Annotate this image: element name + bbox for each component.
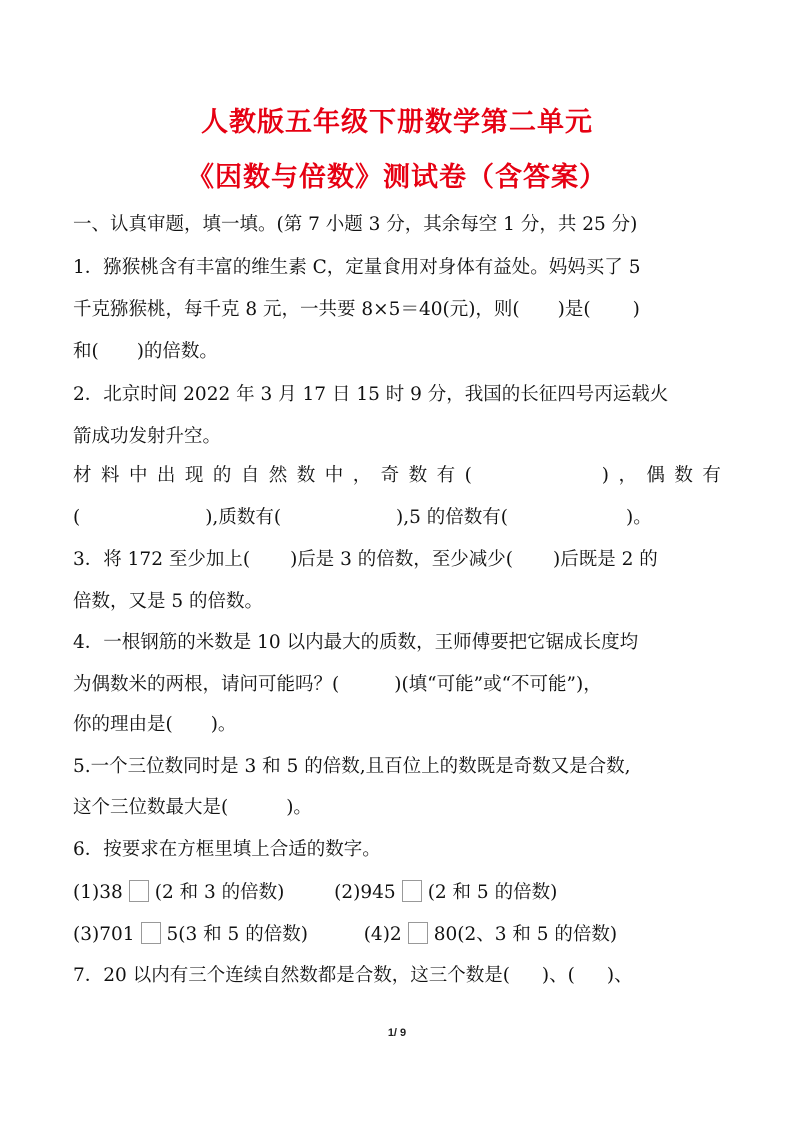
q3-text: )后既是 2 的	[553, 549, 658, 570]
question-4-line-3: 你的理由是()。	[73, 713, 236, 737]
question-5-line-2: 这个三位数最大是()。	[73, 796, 312, 820]
char: 有	[437, 464, 456, 488]
title-line-2: 《因数与倍数》测试卷（含答案）	[0, 155, 794, 194]
digit-box[interactable]	[141, 922, 161, 944]
char: 中	[129, 464, 148, 488]
question-6-row-2: (3)7015(3 和 5 的倍数) (4)280(2、3 和 5 的倍数)	[73, 922, 617, 947]
q4-text: 为偶数米的两根，请问可能吗？(	[73, 674, 339, 695]
question-1-line-1: 1．猕猴桃含有丰富的维生素 C，定量食用对身体有益处。妈妈买了 5	[73, 256, 640, 280]
digit-box[interactable]	[408, 922, 428, 944]
q6-item-suffix: 80(2、3 和 5 的倍数)	[434, 924, 617, 945]
q6-item-prefix: (2)945	[334, 882, 396, 903]
char: 材	[73, 464, 92, 488]
q5-text: )。	[286, 797, 312, 818]
q4-text: )。	[211, 714, 237, 735]
question-3-line-2: 倍数，又是 5 的倍数。	[73, 590, 263, 614]
q7-text: 7．20 以内有三个连续自然数都是合数，这三个数是(	[73, 965, 510, 986]
char: ，	[353, 464, 372, 488]
char: 有	[702, 464, 721, 488]
char: 的	[213, 464, 232, 488]
char: 自	[241, 464, 260, 488]
q3-text: 3．将 172 至少加上(	[73, 549, 250, 570]
question-2-line-4: (),质数有(),5 的倍数有()。	[73, 506, 652, 530]
q1-text-e: )的倍数。	[137, 341, 218, 362]
question-5-line-1: 5.一个三位数同时是 3 和 5 的倍数,且百位上的数既是奇数又是合数,	[73, 755, 630, 779]
q2-text: ),5 的倍数有(	[396, 507, 508, 528]
section-heading: 一、认真审题，填一填。(第 7 小题 3 分，其余每空 1 分，共 25 分)	[73, 213, 637, 237]
question-2-line-1: 2．北京时间 2022 年 3 月 17 日 15 时 9 分，我国的长征四号丙…	[73, 383, 668, 407]
q1-text-c: )	[633, 299, 640, 320]
q1-text-a: 千克猕猴桃，每千克 8 元，一共要 8×5＝40(元)，则(	[73, 299, 520, 320]
digit-box[interactable]	[402, 880, 422, 902]
question-6-line-1: 6．按要求在方框里填上合适的数字。	[73, 838, 381, 862]
q6-item-prefix: (1)38	[73, 882, 123, 903]
char: 数	[674, 464, 693, 488]
question-7-line-1: 7．20 以内有三个连续自然数都是合数，这三个数是()、()、	[73, 964, 633, 988]
q3-text: )后是 3 的倍数，至少减少(	[290, 549, 513, 570]
digit-box[interactable]	[129, 880, 149, 902]
q6-item-suffix: (2 和 3 的倍数)	[155, 882, 285, 903]
question-2-line-2: 箭成功发射升空。	[73, 425, 221, 449]
char: 奇	[381, 464, 400, 488]
question-6-row-1: (1)38(2 和 3 的倍数) (2)945(2 和 5 的倍数)	[73, 880, 557, 905]
q2-text: ),质数有(	[205, 507, 281, 528]
question-1-line-3: 和()的倍数。	[73, 340, 218, 364]
q2-text: )。	[626, 507, 652, 528]
char: (	[465, 464, 472, 488]
q1-text-d: 和(	[73, 341, 99, 362]
title-line-1: 人教版五年级下册数学第二单元	[0, 100, 794, 139]
char: 现	[185, 464, 204, 488]
answer-blank[interactable]	[472, 464, 602, 488]
q6-item-suffix: 5(3 和 5 的倍数)	[167, 924, 308, 945]
question-4-line-2: 为偶数米的两根，请问可能吗？()(填“可能”或“不可能”)，	[73, 673, 602, 697]
q4-text: )(填“可能”或“不可能”)，	[394, 674, 601, 695]
q1-text-b: )是(	[558, 299, 591, 320]
page-number: 1/ 9	[0, 1027, 794, 1039]
q6-item-prefix: (4)2	[364, 924, 402, 945]
q2-text: (	[73, 507, 80, 528]
q6-item-prefix: (3)701	[73, 924, 135, 945]
q6-item-suffix: (2 和 5 的倍数)	[428, 882, 558, 903]
char: 然	[269, 464, 288, 488]
char: 中	[325, 464, 344, 488]
char: 数	[409, 464, 428, 488]
char: )	[602, 464, 609, 488]
char: 出	[157, 464, 176, 488]
question-3-line-1: 3．将 172 至少加上()后是 3 的倍数，至少减少()后既是 2 的	[73, 548, 658, 572]
question-4-line-1: 4．一根钢筋的米数是 10 以内最大的质数，王师傅要把它锯成长度均	[73, 631, 638, 655]
char: 偶	[646, 464, 665, 488]
q4-text: 你的理由是(	[73, 714, 173, 735]
char: 数	[297, 464, 316, 488]
char: ，	[618, 464, 637, 488]
q7-text: )、	[607, 965, 633, 986]
q7-text: )、(	[542, 965, 575, 986]
char: 料	[101, 464, 120, 488]
question-2-line-3: 材 料 中 出 现 的 自 然 数 中 ， 奇 数 有 () ， 偶 数 有	[73, 464, 721, 488]
question-1-line-2: 千克猕猴桃，每千克 8 元，一共要 8×5＝40(元)，则()是()	[73, 298, 640, 322]
q5-text: 这个三位数最大是(	[73, 797, 228, 818]
